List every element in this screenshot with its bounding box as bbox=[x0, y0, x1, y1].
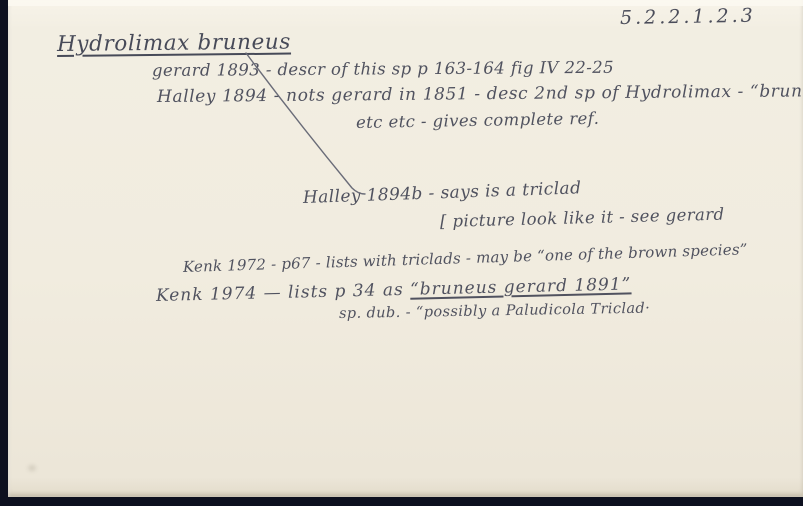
card-title: Hydrolimax bruneus bbox=[57, 30, 291, 57]
note-line-halley-1894-cont: etc etc - gives complete ref. bbox=[356, 109, 600, 132]
note-kenk-1974-underlined: “bruneus gerard 1891” bbox=[410, 274, 632, 299]
note-line-halley-1894b: Halley 1894b - says is a triclad bbox=[303, 178, 582, 208]
note-line-halley-1894: Halley 1894 - nots gerard in 1851 - desc… bbox=[157, 81, 803, 107]
handwriting-layer: 5.2.2.1.2.3 Hydrolimax bruneus gerard 18… bbox=[0, 0, 803, 506]
note-line-kenk-1974-comment: sp. dub. - “possibly a Paludicola Tricla… bbox=[339, 301, 650, 322]
photo-background: 5.2.2.1.2.3 Hydrolimax bruneus gerard 18… bbox=[0, 0, 803, 506]
note-kenk-1974-prefix: Kenk 1974 — lists p 34 as bbox=[156, 280, 411, 306]
note-line-gerard-1893: gerard 1893 - descr of this sp p 163-164… bbox=[152, 58, 614, 80]
note-line-halley-1894b-cont: [ picture look like it - see gerard bbox=[440, 205, 725, 231]
note-line-kenk-1972: Kenk 1972 - p67 - lists with triclads - … bbox=[183, 240, 748, 276]
catalog-number: 5.2.2.1.2.3 bbox=[620, 5, 756, 29]
